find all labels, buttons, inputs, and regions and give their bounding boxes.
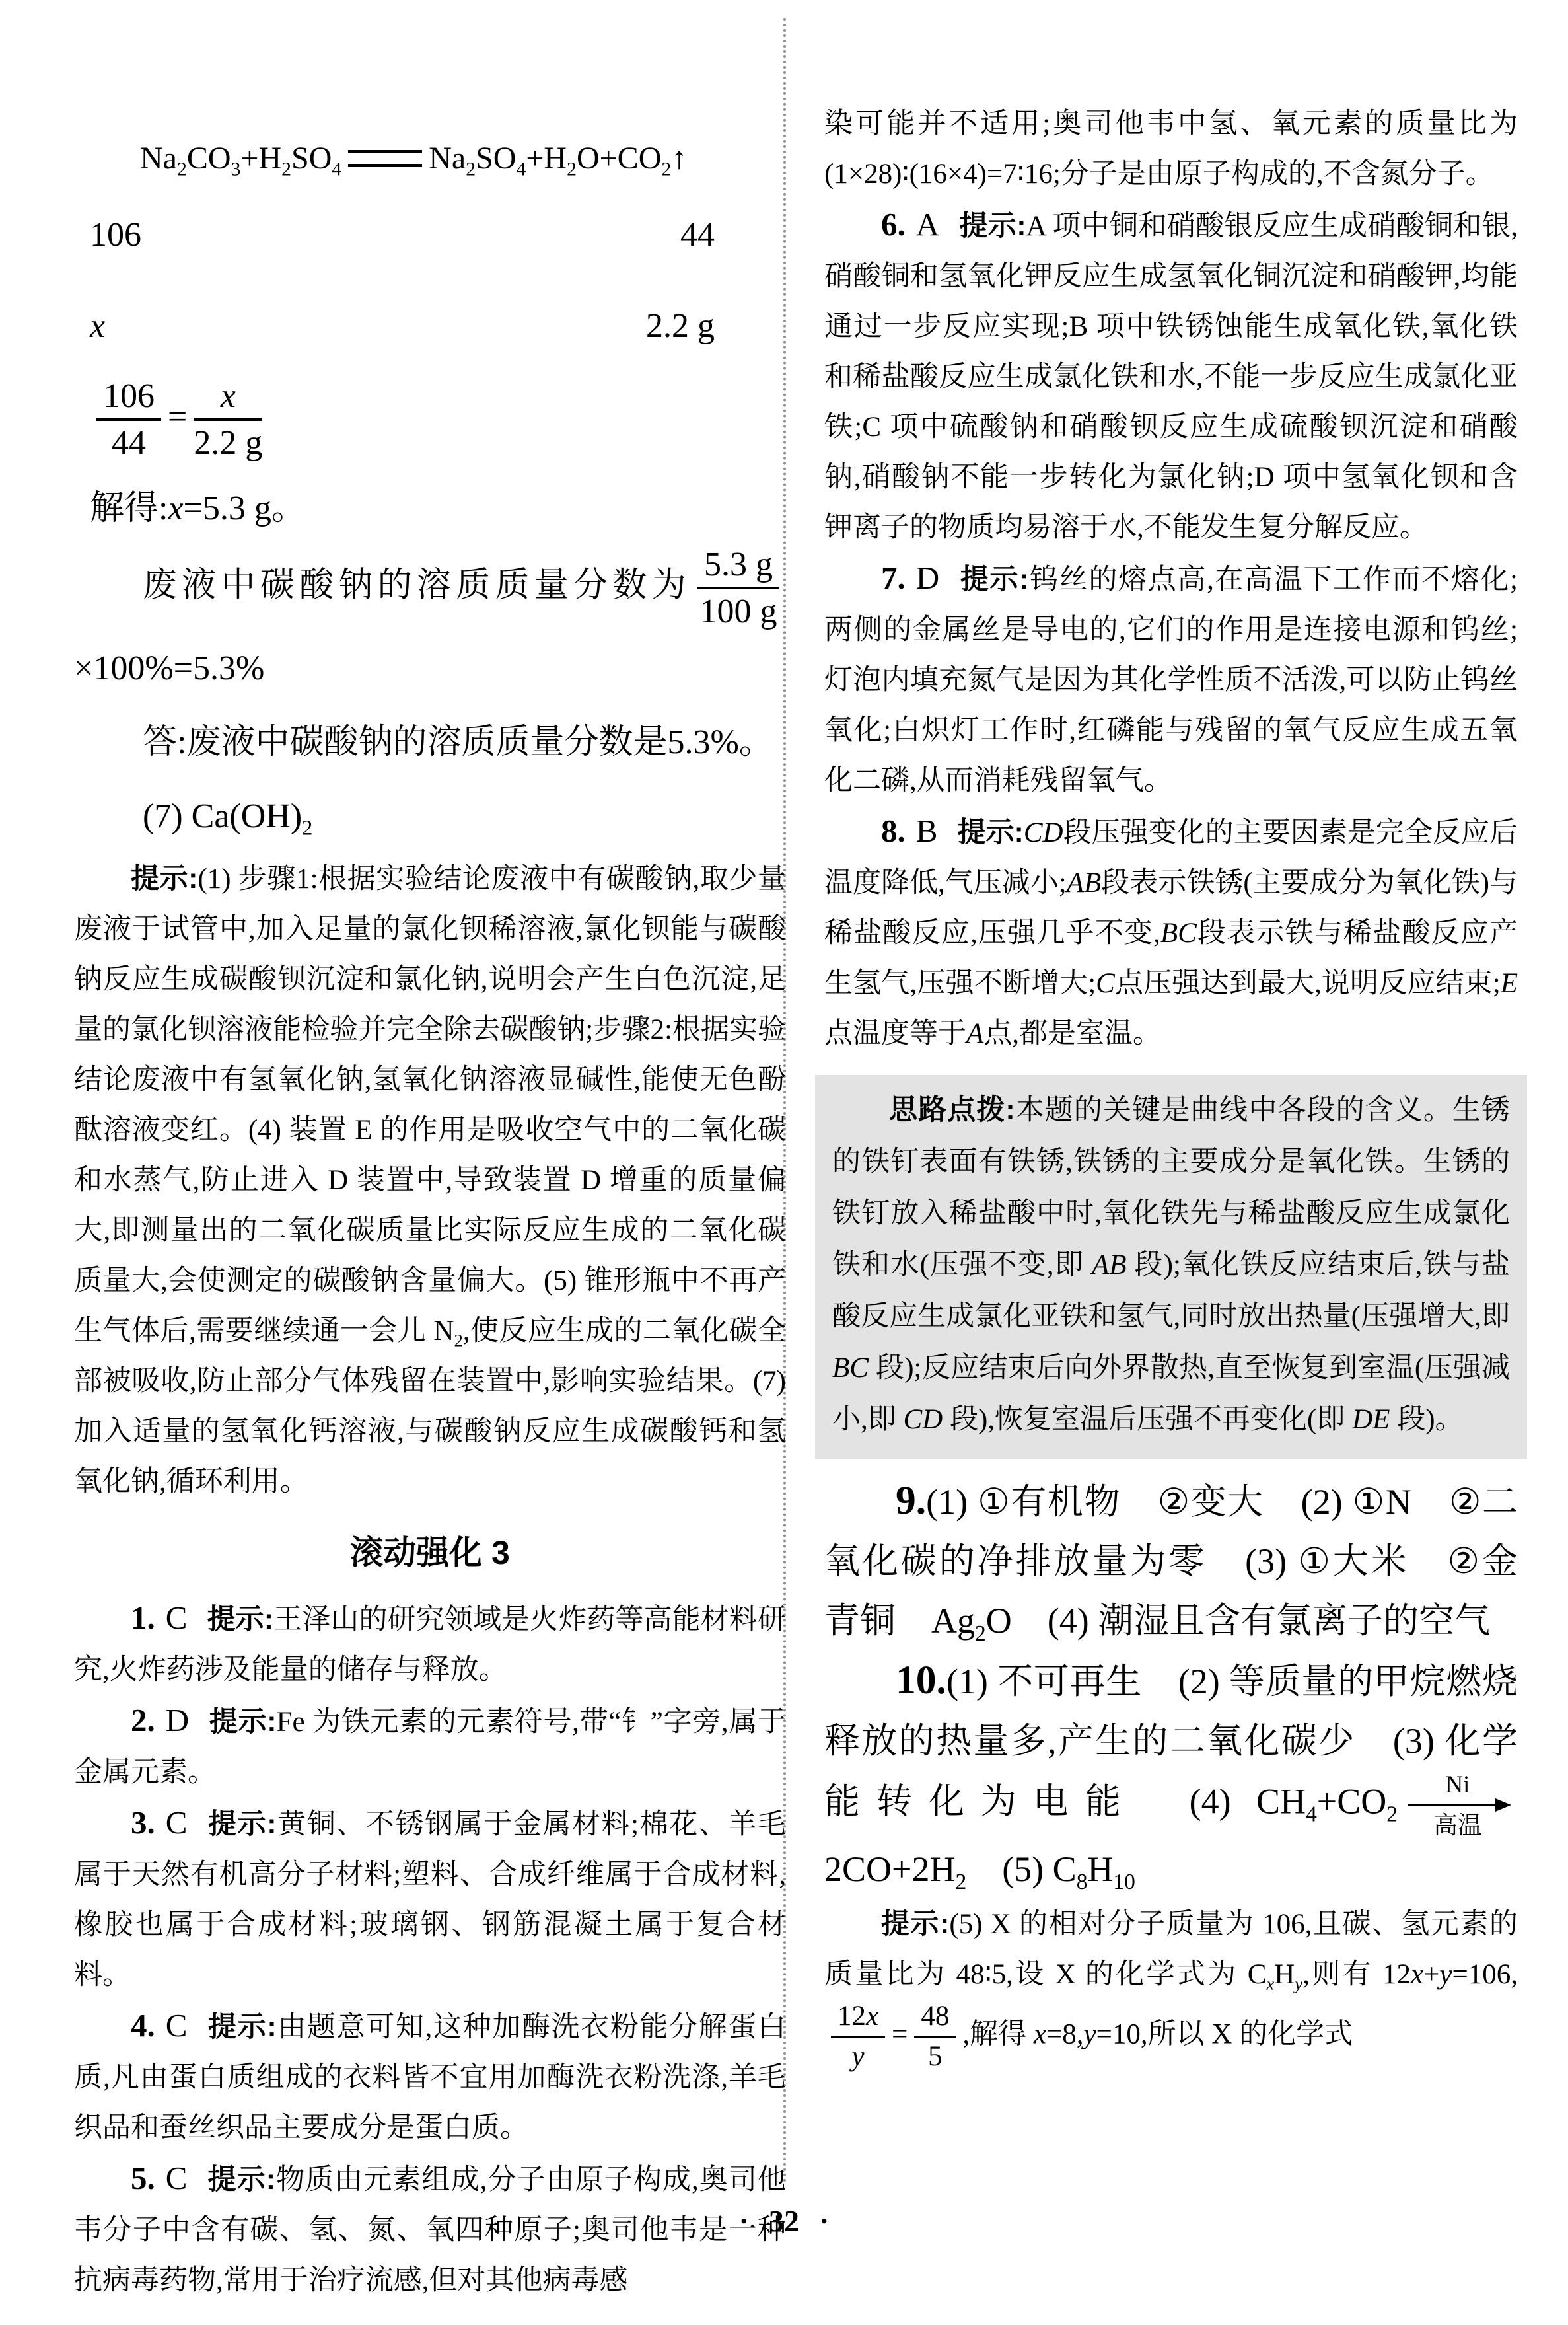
page-footer: ·32·	[0, 2201, 1568, 2241]
footer-right-dot: ·	[819, 2204, 829, 2238]
unknown-mass: x	[90, 281, 105, 372]
section-heading: 滚动强化 3	[74, 1524, 786, 1581]
answer-item-7: (7) Ca(OH)2	[74, 780, 786, 854]
tip-paragraph: 思路点拨:本题的关键是曲线中各段的含义。生锈的铁钉表面有铁锈,铁锈的主要成分是氧…	[832, 1084, 1510, 1446]
answer-item-9: 9.(1) ①有机物 ②变大 (2) ①N ②二氧化碳的净排放量为零 (3) ①…	[824, 1471, 1518, 1650]
hint-paragraph-1: 提示:(1) 步骤1:根据实验结论废液中有碳酸钠,取少量废液于试管中,加入足量的…	[74, 854, 786, 1507]
given-mass: 2.2 g	[646, 281, 715, 372]
page-number: 32	[769, 2204, 799, 2238]
hint-paragraph-10: 提示:(5) X 的相对分子质量为 106,且碳、氢元素的质量比为 48∶5,设…	[824, 1899, 1518, 2073]
proportion-equation: 10644=x2.2 g	[74, 376, 786, 464]
answer-item-8: 8.B提示:CD段压强变化的主要因素是完全反应后温度降低,气压减小;AB段表示铁…	[824, 806, 1518, 1059]
right-column: 染可能并不适用;奥司他韦中氢、氧元素的质量比为(1×28)∶(16×4)=7∶1…	[824, 99, 1518, 2074]
mass-fraction-paragraph: 废液中碳酸钠的溶质质量分数为5.3 g100 g×100%=5.3%	[74, 544, 786, 706]
answer-item-7-right: 7.D提示:钨丝的熔点高,在高温下工作而不熔化;两侧的金属丝是导电的,它们的作用…	[824, 553, 1518, 806]
chemical-equation: Na2CO3+H2SO4Na2SO4+H2O+CO2↑	[74, 127, 786, 190]
workbook-answer-page: Na2CO3+H2SO4Na2SO4+H2O+CO2↑ 106 44 x 2.2…	[0, 0, 1568, 2325]
tip-box: 思路点拨:本题的关键是曲线中各段的含义。生锈的铁钉表面有铁锈,铁锈的主要成分是氧…	[815, 1075, 1527, 1459]
answer-item-2: 2.D提示:Fe 为铁元素的元素符号,带“钅”字旁,属于金属元素。	[74, 1695, 786, 1798]
given-mass-row: x 2.2 g	[74, 281, 715, 372]
answer-item-1: 1.C提示:王泽山的研究领域是火炸药等高能材料研究,火炸药涉及能量的储存与释放。	[74, 1593, 786, 1695]
solution-line: 解得:x=5.3 g。	[74, 473, 786, 544]
continuation-paragraph: 染可能并不适用;奥司他韦中氢、氧元素的质量比为(1×28)∶(16×4)=7∶1…	[824, 99, 1518, 200]
answer-item-10: 10.(1) 不可再生 (2) 等质量的甲烷燃烧释放的热量多,产生的二氧化碳少 …	[824, 1650, 1518, 1899]
answer-item-4: 4.C提示:由题意可知,这种加酶洗衣粉能分解蛋白质,凡由蛋白质组成的衣料皆不宜用…	[74, 2001, 786, 2153]
answer-statement: 答:废液中碳酸钠的溶质质量分数是5.3%。	[74, 706, 786, 780]
molar-mass-reactant: 106	[90, 190, 141, 281]
answer-item-6: 6.A提示:A 项中铜和硝酸银反应生成硝酸铜和银,硝酸铜和氢氧化钾反应生成氢氧化…	[824, 200, 1518, 553]
left-column: Na2CO3+H2SO4Na2SO4+H2O+CO2↑ 106 44 x 2.2…	[74, 127, 786, 2306]
molar-mass-row: 106 44	[74, 190, 715, 281]
answer-item-3: 3.C提示:黄铜、不锈钢属于金属材料;棉花、羊毛属于天然有机高分子材料;塑料、合…	[74, 1798, 786, 2001]
molar-mass-product: 44	[680, 190, 715, 281]
footer-left-dot: ·	[739, 2204, 749, 2238]
